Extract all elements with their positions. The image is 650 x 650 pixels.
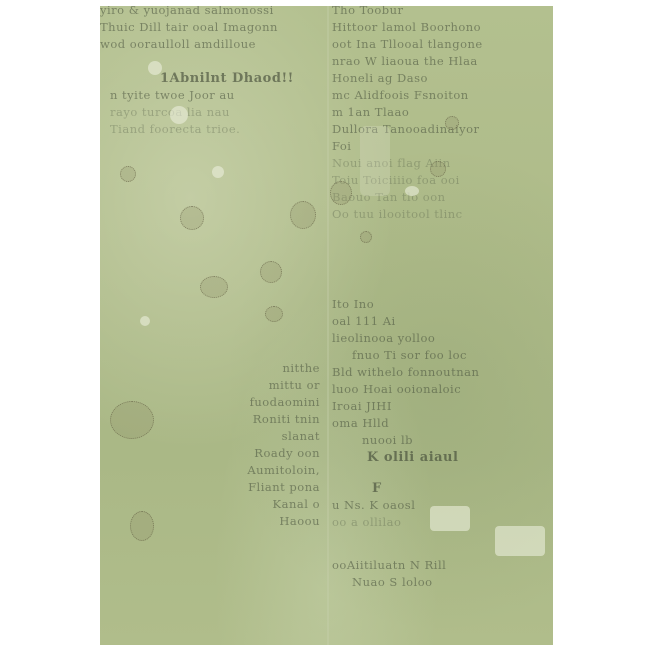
text-line: oma Hlld [332,415,479,432]
ink-stain [110,401,154,439]
ink-stain [130,511,154,541]
text-line: Hittoor lamol Boorhono [332,19,483,36]
text-line: yiro & yuojanad salmonossi [100,6,294,19]
text-line: Oo tuu ilooitool tlinc [332,206,483,223]
text-line: Iroai JIHI [332,398,479,415]
text-line: K olili aiaul [332,449,479,466]
text-line: Dullora Tanooadinaiyor [332,121,483,138]
text-line: oot Ina Tllooal tlangone [332,36,483,53]
text-line [100,53,294,70]
heading-line: 1Abnilnt Dhaod!! [100,70,294,87]
ink-stain [290,201,316,229]
text-line: Thuic Dill tair ooal Imagonn [100,19,294,36]
left-lower-text: nitthe mittu or fuodaomini Roniti tnin s… [235,360,320,530]
ink-stain [445,116,459,130]
light-speck [148,61,162,75]
ink-stain [430,161,446,177]
text-line: fuodaomini [235,394,320,411]
text-line: Tiand foorecta trioe. [100,121,294,138]
light-speck [212,166,224,178]
text-line: F [332,480,479,497]
text-line: nitthe [235,360,320,377]
ink-stain [360,231,372,243]
light-speck [360,126,390,196]
ink-stain [120,166,136,182]
ink-stain [330,181,352,205]
text-line: Foi [332,138,483,155]
text-line: nuooi lb [332,432,479,449]
text-line: nrao W liaoua the Hlaa [332,53,483,70]
text-line: mittu or [235,377,320,394]
ink-stain [200,276,228,298]
light-speck [140,316,150,326]
light-speck [430,506,470,531]
text-line: oal 111 Ai [332,313,479,330]
text-line: Roniti tnin [235,411,320,428]
text-line: Aumitoloin, [235,462,320,479]
text-line: wod ooraulloll amdilloue [100,36,294,53]
text-line: slanat [235,428,320,445]
text-line: Ito Ino [332,296,479,313]
text-line: Fliant pona [235,479,320,496]
text-line: Noui anoi flag Aiin [332,155,483,172]
text-line: m 1an Tlaao [332,104,483,121]
text-line: lieolinooa yolloo [332,330,479,347]
light-speck [495,526,545,556]
ink-stain [260,261,282,283]
left-text-column: yiro & yuojanad salmonossi Thuic Dill ta… [100,6,294,138]
text-line: mc Alidfoois Fsnoiton [332,87,483,104]
light-speck [405,186,419,196]
text-line: Kanal o [235,496,320,513]
paper-seam [327,6,329,645]
text-line: Nuao S loloo [332,574,479,591]
text-line: Bld withelo fonnoutnan [332,364,479,381]
text-line: ooAiitiluatn N Rill [332,557,479,574]
ink-stain [180,206,204,230]
text-line: Honeli ag Daso [332,70,483,87]
text-line: rayo turcoa lia nau [100,104,294,121]
light-speck [170,106,188,124]
ink-stain [265,306,283,322]
text-line: luoo Hoai ooionaloic [332,381,479,398]
text-line: Roady oon [235,445,320,462]
text-line: fnuo Ti sor foo loc [332,347,479,364]
text-line: n tyite twoe Joor au [100,87,294,104]
text-line: Haoou [235,513,320,530]
right-lower-text: Ito Ino oal 111 Ai lieolinooa yolloo fnu… [332,296,479,591]
text-line: Tho Toobur [332,6,483,19]
textured-paper: yiro & yuojanad salmonossi Thuic Dill ta… [100,6,553,645]
